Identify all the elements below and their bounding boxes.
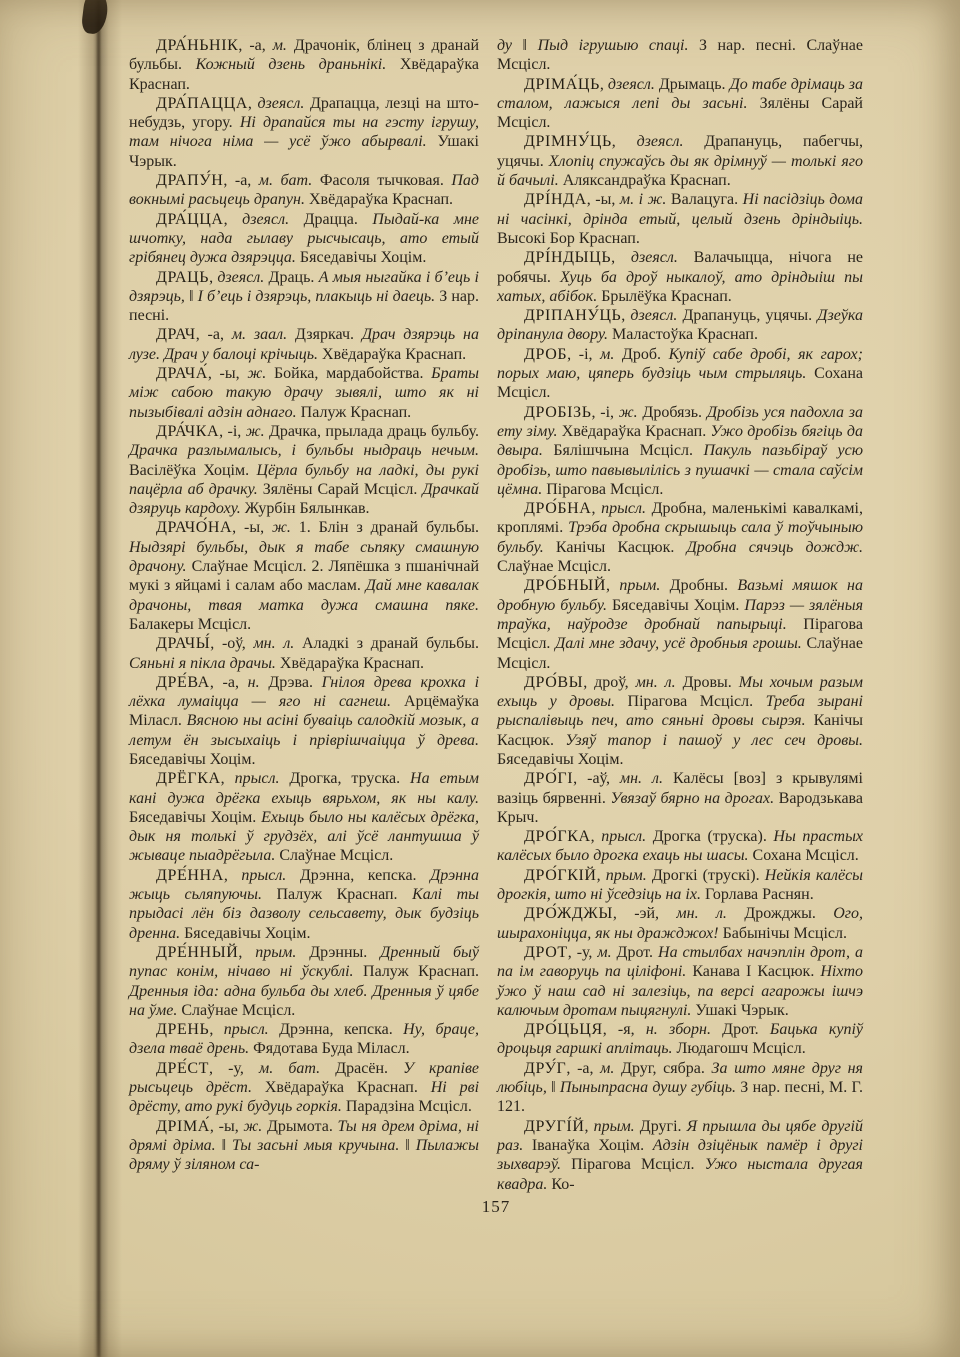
text-run: Дрымота. xyxy=(262,1118,337,1135)
text-run: , -ы, xyxy=(232,519,272,536)
headword: ДРІ́НДЫЦЬ xyxy=(524,249,611,266)
italic-run: дзеясл. xyxy=(217,269,264,286)
italic-run: м. xyxy=(597,944,611,961)
dictionary-entry: ДРЁГКА, прысл. Дрогка, труска. На етым к… xyxy=(129,769,479,865)
dictionary-entry: ДРО́ГКІЙ, прым. Дрогкі (трускі). Нейкія … xyxy=(497,866,863,905)
italic-run: ж. xyxy=(247,365,266,382)
text-run: Слаўнае Мсцісл. xyxy=(275,847,393,864)
headword: ДРАПУ́Н xyxy=(156,172,223,189)
italic-run: Далі мне здачу, усё дробныя грошы. xyxy=(555,635,802,652)
headword: ДРЁГКА xyxy=(156,770,221,787)
text-run: , -а, xyxy=(223,172,258,189)
italic-run: прысл. xyxy=(224,1021,269,1038)
italic-run: мн. л. xyxy=(636,674,676,691)
headword: ДРАЦЬ xyxy=(156,269,209,286)
text-run: Дрот. xyxy=(711,1021,770,1038)
spine-crease-line xyxy=(97,0,100,1357)
dictionary-entry: ДРІ́НДА, -ы, м. і ж. Валацуга. Ні пасідз… xyxy=(497,190,863,248)
text-run: , xyxy=(224,867,242,884)
italic-run: прысл. xyxy=(601,500,646,517)
text-run: Слаўнае Мсцісл. xyxy=(497,558,611,575)
text-run: Дрогка (труска). xyxy=(646,828,773,845)
text-run: Пірагова Мсцісл. xyxy=(561,1156,705,1173)
italic-run: мн. л. xyxy=(253,635,294,652)
text-run: Маластоўка Краснап. xyxy=(608,326,758,343)
italic-run: дзеясл. xyxy=(631,249,678,266)
headword: ДРОБ xyxy=(524,346,567,363)
dictionary-entry: ДРО́ГІ, -аў, мн. л. Калёсы [воз] з крыву… xyxy=(497,769,863,827)
text-run: , -ы, xyxy=(587,191,620,208)
text-run: Дрэнны. xyxy=(296,944,380,961)
italic-run: прысл. xyxy=(601,828,646,845)
italic-run: м. заал. xyxy=(232,326,287,343)
text-run: Валацуга. xyxy=(666,191,742,208)
text-run: Сохана Мсцісл. xyxy=(749,847,859,864)
dictionary-entry: ДРА́НЬНІК, -а, м. Драчонік, блінец з дра… xyxy=(129,36,479,94)
italic-run: прысл. xyxy=(241,867,286,884)
text-run: Бяседавічы Хоцім. xyxy=(180,925,310,942)
italic-run: прым. xyxy=(255,944,296,961)
text-run: Зялёны Сарай Мсцісл. xyxy=(258,481,423,498)
page-number: 157 xyxy=(129,1197,863,1217)
text-run: Бабынічы Мсцісл. xyxy=(719,925,847,942)
headword: ДРАЧ xyxy=(156,326,196,343)
italic-run: Увязаў бярно на дрогах. xyxy=(610,790,774,807)
italic-run: прым. xyxy=(594,1118,635,1135)
dictionary-entry: ДРУГІ́Й, прым. Другі. Я прышла ды цябе д… xyxy=(497,1117,863,1194)
text-run: Палуж Краснап. xyxy=(262,886,412,903)
italic-run: дзеясл. xyxy=(257,95,304,112)
text-run: , -у, xyxy=(568,944,598,961)
text-run: Брылёўка Краснап. xyxy=(597,288,732,305)
text-run: Дроб. xyxy=(614,346,668,363)
text-run: Горлава Раснян. xyxy=(701,886,814,903)
headword: ДРА́ЧКА xyxy=(156,423,219,440)
text-run: Бяседавічы Хоцім. xyxy=(497,751,623,768)
headword: ДРОТ xyxy=(524,944,568,961)
dictionary-entry: ДРОБ, -і, м. Дроб. Купіў сабе дробі, як … xyxy=(497,345,863,403)
dictionary-entry: ДРО́ЦЬЦЯ, -я, н. зборн. Дрот. Бацька куп… xyxy=(497,1020,863,1059)
text-run: Драцца. xyxy=(289,211,372,228)
text-run: Пірагова Мсцісл. xyxy=(542,481,663,498)
text-run: , -эй, xyxy=(613,905,677,922)
headword: ДРІМНУ́ЦЬ xyxy=(524,133,612,150)
text-run: Іванаўка Хоцім. xyxy=(523,1137,652,1154)
dictionary-entry: ДРЕ́ВА, -а, н. Дрэва. Гнілоя древа крохк… xyxy=(129,673,479,769)
text-run: Палуж Краснап. xyxy=(297,404,412,421)
italic-run: дзеясл. xyxy=(630,307,677,324)
text-run: Хвёдараўка Краснап. xyxy=(276,655,424,672)
text-run: , xyxy=(221,770,235,787)
text-run: Драць. xyxy=(264,269,318,286)
text-run: , -оў, xyxy=(210,635,253,652)
text-run: , xyxy=(612,133,637,150)
italic-run: м. бат. xyxy=(259,172,313,189)
dictionary-entry: ДРОТ, -у, м. Дрот. На стылбах начэплін д… xyxy=(497,943,863,1020)
dictionary-entry: ДРІПАНУ́ЦЬ, дзеясл. Драпануць, уцячы. Дз… xyxy=(497,306,863,345)
headword: ДРУГІ́Й xyxy=(524,1118,584,1135)
italic-run: прысл. xyxy=(235,770,280,787)
headword: ДРА́НЬНІК xyxy=(156,37,238,54)
text-run: Фасоля тычковая. xyxy=(312,172,451,189)
headword: ДРІМА́ЦЬ xyxy=(524,76,600,93)
headword: ДРО́БНЫЙ xyxy=(524,577,606,594)
text-run: Дрожджы. xyxy=(727,905,833,922)
text-run: Канічы Касцюк. xyxy=(544,539,687,556)
text-run: , xyxy=(597,867,606,884)
text-run: Аладкі з дранай бульбы. xyxy=(294,635,479,652)
text-run: Палуж Краснап. xyxy=(354,963,479,980)
text-run: , -а, xyxy=(196,326,232,343)
italic-run: м. xyxy=(273,37,287,54)
headword: ДРЕ́СТ xyxy=(156,1060,209,1077)
text-run: , -ы, xyxy=(210,1118,243,1135)
headword: ДРО́ГКА xyxy=(524,828,591,845)
text-run: Дрэнна, кепска. xyxy=(286,867,430,884)
text-run: Хвёдараўка Краснап. xyxy=(557,423,710,440)
headword: ДРІ́НДА xyxy=(524,191,587,208)
text-run: , xyxy=(591,500,601,517)
text-run: Дрэнна, кепска. xyxy=(269,1021,403,1038)
text-run: , xyxy=(600,76,608,93)
dictionary-entry: ДРІМА́, -ы, ж. Дрымота. Ты ня дрем дріма… xyxy=(129,1117,479,1175)
headword: ДРЕ́ННЫЙ xyxy=(156,944,238,961)
text-run: , дроў, xyxy=(583,674,635,691)
text-run: Бяседавічы Хоцім. xyxy=(129,809,261,826)
headword: ДРІПАНУ́ЦЬ xyxy=(524,307,621,324)
text-run: Бяседавічы Хоцім. xyxy=(607,597,744,614)
headword: ДРАЧА́ xyxy=(156,365,208,382)
text-run: Слаўнае Мсцісл. xyxy=(177,1002,295,1019)
italic-run: Драчка разлымалысь, і бульбы ныдраць неч… xyxy=(129,442,479,459)
italic-run: м. і ж. xyxy=(620,191,667,208)
dictionary-entry: ду ‖ Пыд ігрушыю спаці. З нар. песні. Сл… xyxy=(497,36,863,75)
text-run: , -і, xyxy=(591,404,618,421)
headword: ДРЕ́ВА xyxy=(156,674,210,691)
text-run: , -ы, xyxy=(208,365,248,382)
headword: ДРАЧЫ́ xyxy=(156,635,210,652)
dictionary-entry: ДРІМА́ЦЬ, дзеясл. Дрымаць. До табе дріма… xyxy=(497,75,863,133)
italic-run: ж. xyxy=(243,1118,262,1135)
text-run: , -у, xyxy=(209,1060,259,1077)
headword: ДРЕНЬ xyxy=(156,1021,209,1038)
text-run: Другі. xyxy=(635,1118,687,1135)
text-run: Журбін Бялынкав. xyxy=(241,500,370,517)
text-run: , -і, xyxy=(567,346,600,363)
dictionary-entry: ДРЕ́ННЫЙ, прым. Дрэнны. Дренный быў пупа… xyxy=(129,943,479,1020)
book-spine-shadow xyxy=(78,0,122,1357)
italic-run: дзеясл. xyxy=(608,76,655,93)
text-run: Дрогка, труска. xyxy=(280,770,411,787)
text-run: Фядотава Буда Міласл. xyxy=(249,1040,410,1057)
text-run: , xyxy=(611,249,631,266)
text-run: 1. Блін з дранай бульбы. xyxy=(291,519,479,536)
dictionary-entry: ДРАЧО́НА, -ы, ж. 1. Блін з дранай бульбы… xyxy=(129,518,479,634)
text-run: Ушакі Чэрык. xyxy=(691,1002,788,1019)
text-run: Дрэва. xyxy=(260,674,322,691)
headword: ДРО́ГІ xyxy=(524,770,573,787)
text-run: Людагошч Мсцісл. xyxy=(673,1040,806,1057)
text-run: , xyxy=(606,577,619,594)
text-run: Пірагова Мсцісл. xyxy=(615,693,766,710)
italic-run: ду ‖ Пыд ігрушыю спаці. xyxy=(497,37,688,54)
dictionary-entry: ДРЕ́ННА, прысл. Дрэнна, кепска. Дрэнна ж… xyxy=(129,866,479,943)
italic-run: дзеясл. xyxy=(242,211,289,228)
dictionary-entry: ДРІ́НДЫЦЬ, дзеясл. Валачыцца, нічога не … xyxy=(497,248,863,306)
dictionary-entry: ДРЕ́СТ, -у, м. бат. Драсён. У крапіве ры… xyxy=(129,1059,479,1117)
dictionary-page-scan: ДРА́НЬНІК, -а, м. Драчонік, блінец з дра… xyxy=(0,0,960,1357)
headword: ДРО́БНА xyxy=(524,500,591,517)
headword: ДРА́ПАЦЦА xyxy=(156,95,248,112)
italic-run: ж. xyxy=(246,423,265,440)
italic-run: мн. л. xyxy=(676,905,727,922)
text-run: , xyxy=(209,1021,223,1038)
italic-run: м. xyxy=(600,1060,614,1077)
text-run: , xyxy=(591,828,602,845)
dictionary-entry: ДРІМНУ́ЦЬ, дзеясл. Драпануць, пабегчы, у… xyxy=(497,132,863,190)
text-run: Канава І Касцюк. xyxy=(686,963,820,980)
italic-run: ж. xyxy=(272,519,291,536)
headword: ДРО́ЖДЖЫ xyxy=(524,905,613,922)
headword: ДРО́ЦЬЦЯ xyxy=(524,1021,603,1038)
text-run: Балакеры Мсцісл. xyxy=(129,616,251,633)
text-run: Аляксандраўка Краснап. xyxy=(559,172,731,189)
dictionary-entry: ДРО́БНА, прысл. Дробна, маленькімі кавал… xyxy=(497,499,863,576)
text-run: Высокі Бор Краснап. xyxy=(497,230,640,247)
binding-corner-mark xyxy=(81,0,110,35)
dictionary-entry: ДРАЧ, -а, м. заал. Дзяркач. Драч дзярэць… xyxy=(129,325,479,364)
dictionary-entry: ДРАЧЫ́, -оў, мн. л. Аладкі з дранай буль… xyxy=(129,634,479,673)
italic-run: мн. л. xyxy=(620,770,663,787)
text-run: Хвёдараўка Краснап. xyxy=(318,346,466,363)
dictionary-entry: ДРА́ЧКА, -і, ж. Драчка, прылада драць бу… xyxy=(129,422,479,518)
text-run: Драчка, прылада драць бульбу. xyxy=(265,423,479,440)
text-run: , -а, xyxy=(238,37,272,54)
text-run: Друг, сябра. xyxy=(614,1060,711,1077)
italic-run: н. xyxy=(248,674,260,691)
dictionary-entry: ДРАПУ́Н, -а, м. бат. Фасоля тычковая. Па… xyxy=(129,171,479,210)
italic-run: Дробна сячэць дождж. xyxy=(687,539,863,556)
text-run: Бойка, мардабойства. xyxy=(266,365,431,382)
italic-run: Сяньні я пікла драчы. xyxy=(129,655,276,672)
dictionary-entry: ДРАЧА́, -ы, ж. Бойка, мардабойства. Брат… xyxy=(129,364,479,422)
text-run: Хвёдараўка Краснап. xyxy=(252,1079,431,1096)
headword: ДРОБІЗЬ xyxy=(524,404,591,421)
text-run: Дробны. xyxy=(660,577,737,594)
text-column-left: ДРА́НЬНІК, -а, м. Драчонік, блінец з дра… xyxy=(129,36,479,1175)
text-run: Дробязь. xyxy=(638,404,707,421)
headword: ДРА́ЦЦА xyxy=(156,211,224,228)
text-run: Ко- xyxy=(547,1176,574,1193)
text-run: Дрот. xyxy=(612,944,658,961)
dictionary-entry: ДРОБІЗЬ, -і, ж. Дробязь. Дробізь уся пад… xyxy=(497,403,863,499)
italic-run: прым. xyxy=(619,577,660,594)
text-run: Бяседавічы Хоцім. xyxy=(129,751,255,768)
italic-run: м. xyxy=(600,346,614,363)
headword: ДРУ́Г xyxy=(524,1060,566,1077)
text-run: , xyxy=(224,211,243,228)
dictionary-entry: ДРА́ПАЦЦА, дзеясл. Драпацца, лезці на шт… xyxy=(129,94,479,171)
italic-run: н. зборн. xyxy=(646,1021,711,1038)
dictionary-entry: ДРА́ЦЦА, дзеясл. Драцца. Пыдай-ка мне шч… xyxy=(129,210,479,268)
text-run: Дрогкі (трускі). xyxy=(647,867,765,884)
text-run: Бяседавічы Хоцім. xyxy=(296,249,426,266)
dictionary-entry: ДРУ́Г, -а, м. Друг, сябра. За што мяне д… xyxy=(497,1059,863,1117)
headword: ДРЕ́ННА xyxy=(156,867,224,884)
italic-run: Узяў тапор і пашоў у лес сеч дровы. xyxy=(565,732,863,749)
italic-run: Кожный дзень драньнікі. xyxy=(196,56,387,73)
text-run: Парадзіна Мсцісл. xyxy=(342,1098,472,1115)
text-run: Драпануць, уцячы. xyxy=(677,307,817,324)
text-run: Драсён. xyxy=(320,1060,403,1077)
text-run: Дровы. xyxy=(676,674,739,691)
dictionary-entry: ДРО́ЖДЖЫ, -эй, мн. л. Дрожджы. Ого, шыра… xyxy=(497,904,863,943)
text-run: Бялішчына Мсцісл. xyxy=(543,442,704,459)
italic-run: м. бат. xyxy=(259,1060,320,1077)
dictionary-entry: ДРО́ВЫ, дроў, мн. л. Дровы. Мы хочым раз… xyxy=(497,673,863,769)
italic-run: дзеясл. xyxy=(637,133,684,150)
dictionary-entry: ДРО́БНЫЙ, прым. Дробны. Вазьмі мяшок на … xyxy=(497,576,863,672)
text-run: Дрымаць. xyxy=(655,76,730,93)
text-run: , -і, xyxy=(219,423,246,440)
headword: ДРО́ГКІЙ xyxy=(524,867,597,884)
headword: ДРІМА́ xyxy=(156,1118,210,1135)
text-run: , -я, xyxy=(603,1021,646,1038)
text-run: , xyxy=(238,944,255,961)
italic-run: прым. xyxy=(606,867,647,884)
text-run: , -аў, xyxy=(573,770,620,787)
text-run: Васілёўка Хоцім. xyxy=(129,462,256,479)
text-run: , -а, xyxy=(210,674,248,691)
headword: ДРО́ВЫ xyxy=(524,674,583,691)
text-column-right: ду ‖ Пыд ігрушыю спаці. З нар. песні. Сл… xyxy=(497,36,863,1194)
text-run: Дзяркач. xyxy=(287,326,362,343)
text-run: , -а, xyxy=(566,1060,600,1077)
italic-run: ж. xyxy=(619,404,638,421)
text-run: Хвёдараўка Краснап. xyxy=(305,191,453,208)
text-run: , xyxy=(584,1118,593,1135)
dictionary-entry: ДРЕНЬ, прысл. Дрэнна, кепска. Ну, браце,… xyxy=(129,1020,479,1059)
headword: ДРАЧО́НА xyxy=(156,519,232,536)
dictionary-entry: ДРАЦЬ, дзеясл. Драць. А мыя ныгайка і б’… xyxy=(129,268,479,326)
dictionary-entry: ДРО́ГКА, прысл. Дрогка (труска). Ны прас… xyxy=(497,827,863,866)
